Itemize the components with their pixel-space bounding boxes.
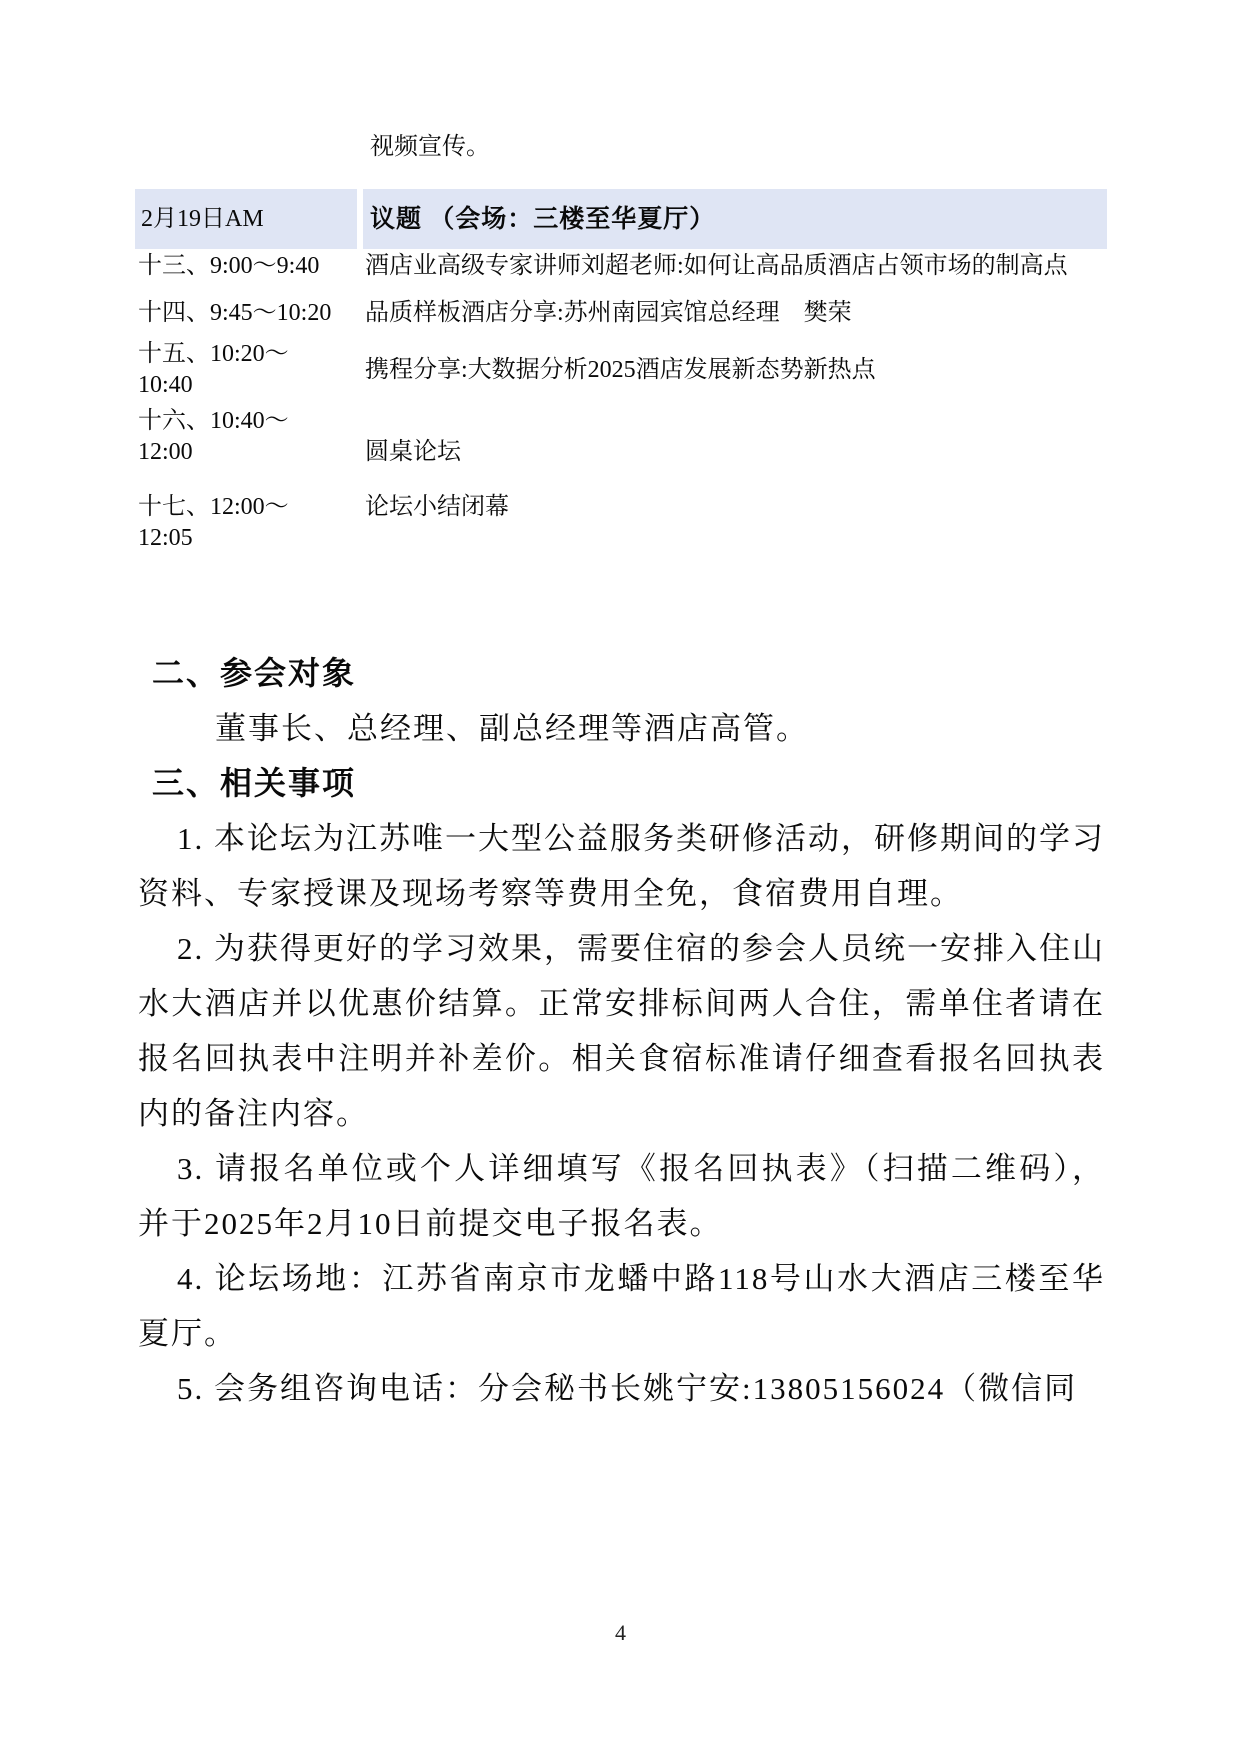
page-number: 4	[0, 1620, 1241, 1646]
schedule-row: 十五、10:20～10:40 携程分享:大数据分析2025酒店发展新态势新热点	[135, 339, 1107, 401]
schedule-header-title: 议题 （会场：三楼至华夏厅）	[363, 189, 1107, 249]
attendees-text: 董事长、总经理、副总经理等酒店高管。	[138, 701, 1105, 756]
section-heading-attendees: 二、参会对象	[152, 646, 1105, 701]
schedule-row: 十四、9:45～10:20 品质样板酒店分享:苏州南园宾馆总经理 樊荣	[135, 298, 1107, 329]
schedule-row: 十三、9:00～9:40 酒店业高级专家讲师刘超老师:如何让高品质酒店占领市场的…	[135, 251, 1107, 282]
schedule-time: 十七、12:00～12:05	[135, 492, 357, 554]
page-content: 视频宣传。 2月19日AM 议题 （会场：三楼至华夏厅） 十三、9:00～9:4…	[0, 0, 1241, 1416]
note-item: 3. 请报名单位或个人详细填写《报名回执表》（扫描二维码），并于2025年2月1…	[138, 1141, 1105, 1251]
schedule-topic: 酒店业高级专家讲师刘超老师:如何让高品质酒店占领市场的制高点	[363, 251, 1107, 282]
note-item: 1. 本论坛为江苏唯一大型公益服务类研修活动，研修期间的学习资料、专家授课及现场…	[138, 811, 1105, 921]
schedule-table: 视频宣传。 2月19日AM 议题 （会场：三楼至华夏厅） 十三、9:00～9:4…	[135, 0, 1107, 554]
schedule-topic: 携程分享:大数据分析2025酒店发展新态势新热点	[363, 355, 1107, 386]
schedule-carryover-row: 视频宣传。	[135, 132, 1107, 163]
schedule-header-date: 2月19日AM	[135, 189, 357, 249]
schedule-time: 十三、9:00～9:40	[135, 251, 357, 282]
note-item: 5. 会务组咨询电话：分会秘书长姚宁安:13805156024（微信同	[138, 1361, 1105, 1416]
document-body: 二、参会对象 董事长、总经理、副总经理等酒店高管。 三、相关事项 1. 本论坛为…	[138, 646, 1105, 1416]
schedule-time: 十五、10:20～10:40	[135, 339, 357, 401]
schedule-time: 十四、9:45～10:20	[135, 298, 357, 329]
schedule-carryover-time-cell	[135, 132, 357, 163]
schedule-topic: 品质样板酒店分享:苏州南园宾馆总经理 樊荣	[363, 298, 1107, 329]
note-item: 4. 论坛场地：江苏省南京市龙蟠中路118号山水大酒店三楼至华夏厅。	[138, 1251, 1105, 1361]
notes-list: 1. 本论坛为江苏唯一大型公益服务类研修活动，研修期间的学习资料、专家授课及现场…	[138, 811, 1105, 1416]
schedule-row: 十六、10:40～12:00 圆桌论坛	[135, 406, 1107, 468]
schedule-carryover-text: 视频宣传。	[363, 132, 1107, 163]
schedule-time: 十六、10:40～12:00	[135, 406, 357, 468]
schedule-rows: 十三、9:00～9:40 酒店业高级专家讲师刘超老师:如何让高品质酒店占领市场的…	[135, 251, 1107, 554]
document-page: 视频宣传。 2月19日AM 议题 （会场：三楼至华夏厅） 十三、9:00～9:4…	[0, 0, 1241, 1754]
schedule-topic: 论坛小结闭幕	[363, 492, 1107, 523]
section-heading-notes: 三、相关事项	[152, 756, 1105, 811]
schedule-header-row: 2月19日AM 议题 （会场：三楼至华夏厅）	[135, 189, 1107, 249]
schedule-row: 十七、12:00～12:05 论坛小结闭幕	[135, 492, 1107, 554]
note-item: 2. 为获得更好的学习效果，需要住宿的参会人员统一安排入住山水大酒店并以优惠价结…	[138, 921, 1105, 1141]
schedule-topic: 圆桌论坛	[363, 437, 1107, 468]
